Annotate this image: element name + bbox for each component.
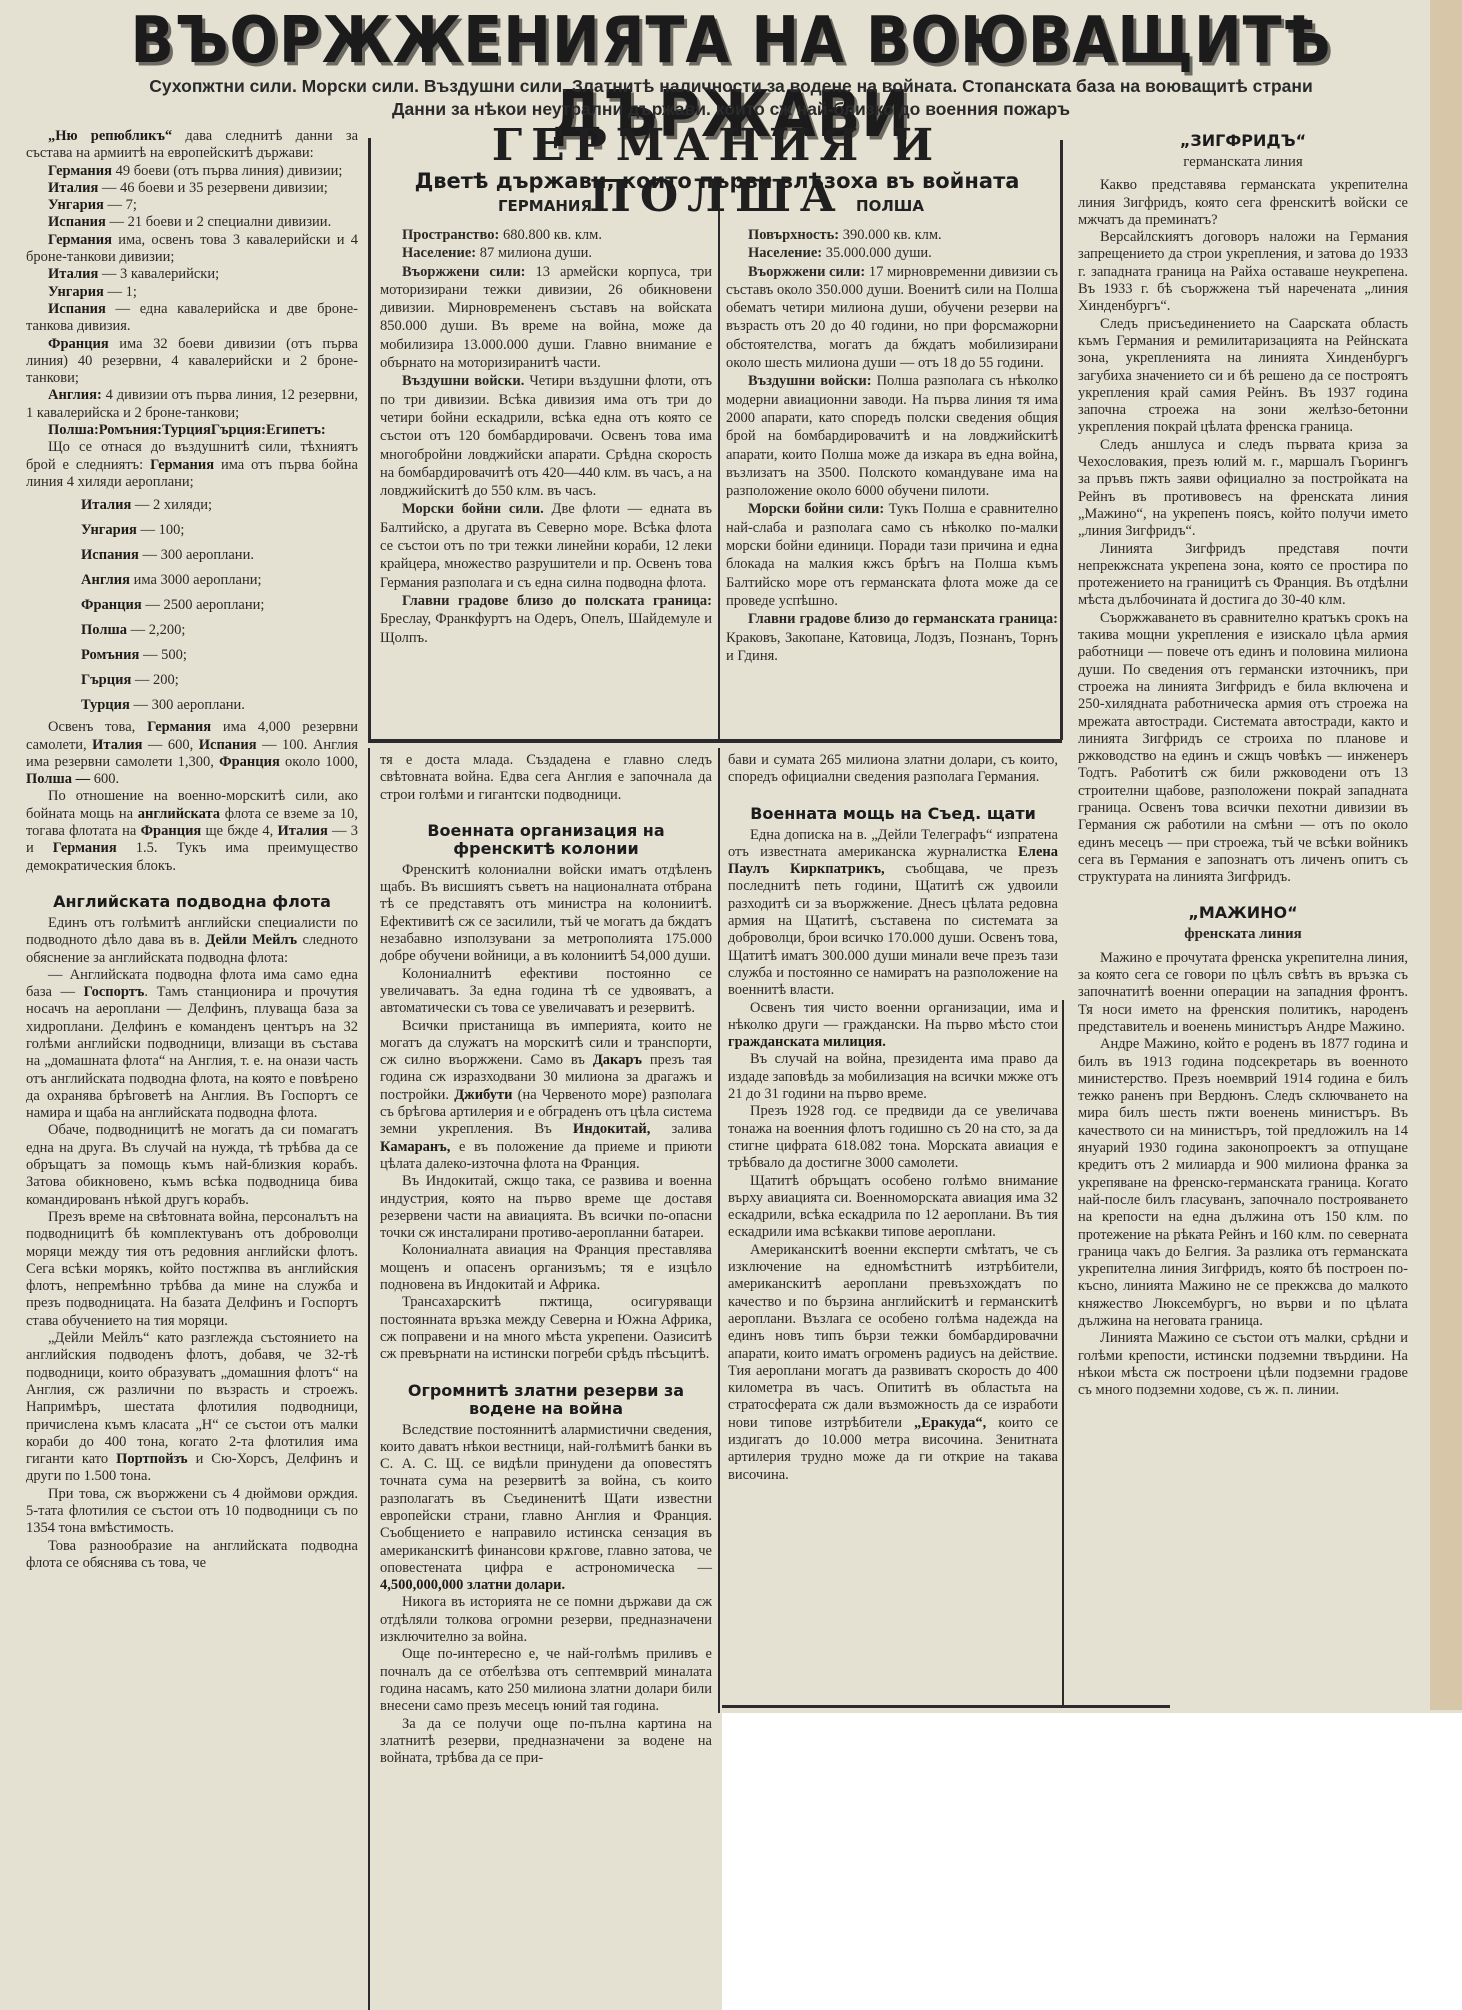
box-right-rule <box>1060 140 1063 740</box>
box-left-rule <box>368 138 371 743</box>
paragraph: Въоржжени сили: 17 мирновременни дивизии… <box>726 263 1058 373</box>
paragraph: Въздушни войски: Полша разполага съ нѣко… <box>726 372 1058 500</box>
bold-term: „Ню репюбликъ“ <box>48 128 172 144</box>
bold-term: Англия <box>81 572 130 588</box>
bold-term: Морски бойни сили. <box>402 501 544 517</box>
paragraph: тя е доста млада. Създадена е главно сле… <box>380 752 712 804</box>
paragraph: Германия има, освенъ това 3 кавалерийски… <box>26 232 358 267</box>
paragraph: Полша — 2,200; <box>26 619 358 641</box>
bold-term: Главни градове близо до полската граница… <box>402 593 712 609</box>
bold-term: Елена Паулъ Киркпатрикъ, <box>728 844 1058 877</box>
bold-term: Дакаръ <box>593 1052 642 1068</box>
paragraph: Андре Мажино, който е роденъ въ 1877 год… <box>1078 1036 1408 1330</box>
siegfried-title: „ЗИГФРИДЪ“ <box>1078 132 1408 150</box>
paragraph: Италия — 3 кавалерийски; <box>26 266 358 283</box>
column-siegfried-maginot: „ЗИГФРИДЪ“германската линияКакво предста… <box>1078 128 1408 1399</box>
paragraph: Англия има 3000 аероплани; <box>26 569 358 591</box>
paragraph: Следъ аншлуса и следъ първата криза за Ч… <box>1078 437 1408 541</box>
bold-term: Полша — <box>26 771 90 787</box>
paragraph: бави и сумата 265 милиона златни долари,… <box>728 752 1058 787</box>
bold-term: Камаранъ, <box>380 1139 450 1155</box>
paragraph: Още по-интересно е, че най-голѣмъ прилив… <box>380 1646 712 1715</box>
paragraph: При това, сж въоржжени съ 4 дюймови оржд… <box>26 1486 358 1538</box>
paragraph: Линията Зигфридъ представя почти непрекж… <box>1078 541 1408 610</box>
paragraph: Френскитѣ колониални войски иматъ отдѣле… <box>380 862 712 966</box>
bottom-rule <box>722 1705 1170 1708</box>
bold-term: Главни градове близо до германската гран… <box>748 611 1058 627</box>
paragraph: Унгария — 1; <box>26 284 358 301</box>
paragraph: Главни градове близо до германската гран… <box>726 610 1058 665</box>
maginot-title: „МАЖИНО“ <box>1078 904 1408 922</box>
col4-left-rule <box>1062 1000 1064 1705</box>
poland-heading: ПОЛША <box>725 197 1055 215</box>
paragraph: Колониалнитѣ ефективи постоянно се увели… <box>380 966 712 1018</box>
paragraph: Какво представява германската укрепителн… <box>1078 177 1408 229</box>
paragraph: Испания — 300 аероплани. <box>26 544 358 566</box>
masthead-subtitle-2: Данни за нѣкои неутрални държави. които … <box>20 99 1442 120</box>
bold-term: Германия <box>53 840 117 856</box>
bold-term: Франция <box>48 336 109 352</box>
germany-heading: ГЕРМАНИЯ <box>380 197 710 215</box>
paragraph: Презъ 1928 год. се предвиди да се увелич… <box>728 1103 1058 1172</box>
paragraph: Презъ време на свѣтовната война, персона… <box>26 1209 358 1330</box>
paragraph: Гърция — 200; <box>26 669 358 691</box>
bold-term: Ромъния: <box>99 422 162 438</box>
bold-term: Испания <box>199 737 257 753</box>
bold-term: Италия <box>278 823 328 839</box>
paragraph: Никога въ историята не се помни държави … <box>380 1594 712 1646</box>
col2-left-rule <box>368 748 370 2010</box>
paragraph: Испания — една кавалерийска и две броне-… <box>26 301 358 336</box>
paragraph: Въздушни войски. Четири въздушни флоти, … <box>380 372 712 500</box>
bold-term: Унгария <box>48 284 104 300</box>
col3-left-rule <box>718 748 720 1713</box>
bold-term: Испания <box>48 301 106 317</box>
bold-term: Въздушни войски: <box>748 373 872 389</box>
paragraph: Италия — 2 хиляди; <box>26 494 358 516</box>
paragraph: Франция има 32 боеви дивизии (отъ първа … <box>26 336 358 388</box>
bold-term: Италия <box>81 497 131 513</box>
paragraph: Следъ присъединението на Саарската облас… <box>1078 316 1408 437</box>
paragraph: Що се отнася до въздушнитѣ сили, тѣхният… <box>26 439 358 491</box>
bold-term: Повърхность: <box>748 227 839 243</box>
paragraph: Съоржжаването въ сравнително кратъкъ сро… <box>1078 610 1408 887</box>
paragraph: Щатитѣ обръщатъ особено голѣмо внимание … <box>728 1173 1058 1242</box>
page-edge <box>1430 0 1462 1710</box>
paragraph: Вследствие постояннитѣ алармистични свед… <box>380 1422 712 1595</box>
paragraph: Версайлскиятъ договоръ наложи на Германи… <box>1078 229 1408 315</box>
poland-facts: Повърхность: 390.000 кв. клм.Население: … <box>726 226 1058 665</box>
paragraph: Англия: 4 дивизии отъ първа линия, 12 ре… <box>26 387 358 422</box>
paragraph: Ромъния — 500; <box>26 644 358 666</box>
paragraph: Италия — 46 боеви и 35 резервени дивизии… <box>26 180 358 197</box>
bold-term: Население: <box>402 245 476 261</box>
bold-term: 4,500,000,000 златни долари. <box>380 1577 565 1593</box>
bold-term: Испания <box>48 214 106 230</box>
blank-area <box>722 1713 1462 2010</box>
germany-facts: Пространство: 680.800 кв. клм.Население:… <box>380 226 712 647</box>
paragraph: Всички пристанища въ империята, които не… <box>380 1018 712 1174</box>
bold-term: Джибути <box>454 1087 512 1103</box>
paragraph: Въ Индокитай, сжщо така, се развива и во… <box>380 1173 712 1242</box>
bold-term: Англия: <box>48 387 102 403</box>
bold-term: Испания <box>81 547 139 563</box>
box-bottom-rule <box>370 739 1062 743</box>
bold-term: Италия <box>92 737 142 753</box>
paragraph: Пространство: 680.800 кв. клм. <box>380 226 712 244</box>
bold-term: Унгария <box>48 197 104 213</box>
bold-term: Морски бойни сили: <box>748 501 884 517</box>
paragraph: Унгария — 100; <box>26 519 358 541</box>
paragraph: Население: 35.000.000 души. <box>726 244 1058 262</box>
bold-term: Индокитай, <box>573 1121 650 1137</box>
paragraph: Испания — 21 боеви и 2 специални дивизии… <box>26 214 358 231</box>
paragraph: Турция — 300 аероплани. <box>26 694 358 716</box>
paragraph: Главни градове близо до полската граница… <box>380 592 712 647</box>
column-usa: бави и сумата 265 милиона златни долари,… <box>728 752 1058 1484</box>
bold-term: Турция <box>162 422 211 438</box>
bold-term: Унгария <box>81 522 137 538</box>
paragraph: — Английската подводна флота има само ед… <box>26 967 358 1123</box>
box-middle-rule <box>718 210 720 740</box>
paragraph: Морски бойни сили: Тукъ Полша е сравните… <box>726 500 1058 610</box>
paragraph: Въ случай на война, президента има право… <box>728 1051 1058 1103</box>
paragraph: Освенъ това, Германия има 4,000 резервни… <box>26 719 358 788</box>
bold-term: Турция <box>81 697 130 713</box>
bold-term: Въоржжени сили: <box>748 264 865 280</box>
bold-term: Портпойзъ <box>116 1451 188 1467</box>
bold-term: Полша: <box>48 422 99 438</box>
usa-military-heading: Военната мощь на Съед. щати <box>728 805 1058 823</box>
bold-term: Гърция <box>81 672 131 688</box>
siegfried-subtitle: германската линия <box>1078 154 1408 171</box>
paragraph: Обаче, подводницитѣ не могатъ да си пома… <box>26 1122 358 1208</box>
paragraph: Морски бойни сили. Две флоти — едната въ… <box>380 500 712 591</box>
paragraph: Американскитѣ военни експерти смѣтатъ, ч… <box>728 1242 1058 1484</box>
bold-term: гражданската милиция. <box>728 1034 886 1050</box>
paragraph: „Дейли Мейлъ“ като разглежда състоянието… <box>26 1330 358 1486</box>
bold-term: Госпортъ <box>84 984 145 1000</box>
bold-term: Египетъ: <box>266 422 326 438</box>
bold-term: Франция <box>81 597 142 613</box>
paragraph: Единъ отъ голѣмитѣ английски специалисти… <box>26 915 358 967</box>
bold-term: Германия <box>48 232 112 248</box>
paragraph: Това разнообразие на английската подводн… <box>26 1538 358 1573</box>
bold-term: Полша <box>81 622 127 638</box>
bold-term: Франция <box>141 823 202 839</box>
box-subtitle: Двeтѣ държави, които първи влѣзоха въ во… <box>372 169 1062 193</box>
bold-term: Франция <box>219 754 280 770</box>
paragraph: За да се получи още по-пълна картина на … <box>380 1716 712 1768</box>
bold-term: Италия <box>48 180 98 196</box>
submarine-fleet-heading: Английската подводна флота <box>26 893 358 911</box>
bold-term: Германия <box>48 163 112 179</box>
bold-term: Въздушни войски. <box>402 373 524 389</box>
paragraph: Полша:Ромъния:ТурцияГърция:Египетъ: <box>26 422 358 439</box>
paragraph: Трансахарскитѣ пжтища, осигуряващи посто… <box>380 1294 712 1363</box>
bold-term: Германия <box>147 719 211 735</box>
paragraph: Колониалната авиация на Франция преставл… <box>380 1242 712 1294</box>
paragraph: Франция — 2500 аероплани; <box>26 594 358 616</box>
paragraph: Население: 87 милиона души. <box>380 244 712 262</box>
paragraph: Една дописка на в. „Дейли Телеграфъ“ изп… <box>728 827 1058 1000</box>
column-colonies-gold: тя е доста млада. Създадена е главно сле… <box>380 752 712 1767</box>
column-armies: „Ню репюбликъ“ дава следнитѣ данни за съ… <box>26 128 358 1572</box>
paragraph: „Ню репюбликъ“ дава следнитѣ данни за съ… <box>26 128 358 163</box>
paragraph: Унгария — 7; <box>26 197 358 214</box>
paragraph: Германия 49 боеви (отъ първа линия) диви… <box>26 163 358 180</box>
bold-term: Пространство: <box>402 227 499 243</box>
paragraph: По отношение на военно-морскитѣ сили, ак… <box>26 788 358 874</box>
bold-term: Население: <box>748 245 822 261</box>
bold-term: Германия <box>150 457 214 473</box>
bold-term: „Еракуда“, <box>914 1415 986 1431</box>
paragraph: Линията Мажино се състои отъ малки, срѣд… <box>1078 1330 1408 1399</box>
bold-term: Ромъния <box>81 647 139 663</box>
bold-term: Италия <box>48 266 98 282</box>
bold-term: Въоржжени сили: <box>402 264 526 280</box>
bold-term: английската <box>138 806 220 822</box>
paragraph: Освенъ тия чисто военни организации, има… <box>728 1000 1058 1052</box>
gold-reserves-heading: Огромнитѣ златни резерви за водене на во… <box>380 1382 712 1418</box>
masthead-subtitle-1: Сухопжтни сили. Морски сили. Въздушни си… <box>20 76 1442 97</box>
paragraph: Повърхность: 390.000 кв. клм. <box>726 226 1058 244</box>
maginot-subtitle: френската линия <box>1078 926 1408 943</box>
paragraph: Въоржжени сили: 13 армейски корпуса, три… <box>380 263 712 373</box>
french-colonies-heading: Военната организация на френскитѣ колони… <box>380 822 712 858</box>
bold-term: Гърция: <box>211 422 266 438</box>
paragraph: Мажино е прочутата френска укрепителна л… <box>1078 950 1408 1036</box>
bold-term: Дейли Мейлъ <box>205 932 297 948</box>
